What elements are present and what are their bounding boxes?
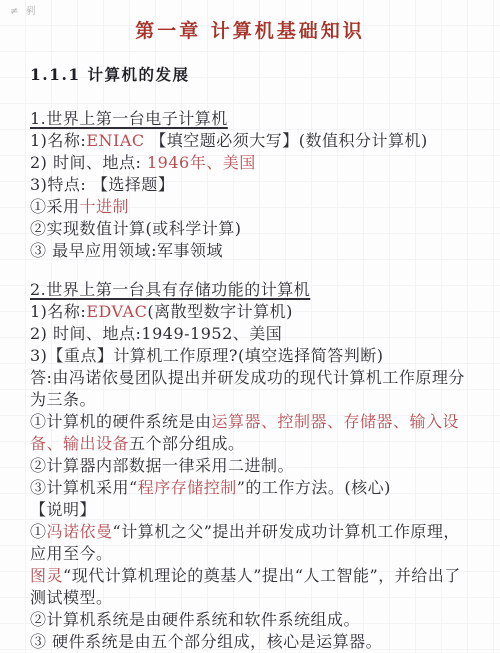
text-line: 答:由冯诺依曼团队提出并研发成功的现代计算机工作原理分为三条。: [30, 367, 470, 411]
text-segment: (离散型数字计算机): [147, 302, 293, 321]
text-line: ②实现数值计算(或科学计算): [30, 218, 470, 240]
text-segment: ②计算器内部数据一律采用二进制。: [30, 456, 294, 475]
document-body: 1.世界上第一台电子计算机1)名称:ENIAC 【填空题必须大写】(数值积分计算…: [30, 108, 470, 653]
text-line: ②计算器内部数据一律采用二进制。: [30, 455, 470, 477]
text-line: 3)特点: 【选择题】: [30, 174, 470, 196]
text-segment: ①: [30, 522, 47, 541]
text-segment: 五个部分组成。: [129, 434, 245, 453]
text-segment: 3)【重点】计算机工作原理?(填空选择简答判断): [30, 346, 384, 365]
text-line: 1)名称:ENIAC 【填空题必须大写】(数值积分计算机): [30, 130, 470, 152]
text-line: ③ 硬件系统是由五个部分组成，核心是运算器。: [30, 631, 470, 653]
highlight-segment: 1946年、美国: [147, 153, 256, 172]
text-segment: 2.世界上第一台具有存储功能的计算机: [30, 280, 310, 299]
text-line: ③ 最早应用领域:军事领域: [30, 240, 470, 262]
highlight-segment: 程序存储控制: [138, 478, 237, 497]
text-segment: ②计算机系统是由硬件系统和软件系统组成。: [30, 610, 360, 629]
text-line: ①采用十进制: [30, 196, 470, 218]
highlight-segment: 图灵: [30, 566, 63, 585]
highlight-segment: EDVAC: [86, 302, 147, 321]
text-line: 2) 时间、地点: 1946年、美国: [30, 152, 470, 174]
text-line: 1)名称:EDVAC(离散型数字计算机): [30, 301, 470, 323]
text-line: ③计算机采用“程序存储控制”的工作方法。(核心): [30, 477, 470, 499]
text-segment: 2) 时间、地点:1949-1952、美国: [30, 324, 282, 343]
text-segment: 【填空题必须大写】(数值积分计算机): [145, 131, 428, 150]
text-segment: ”的工作方法。(核心): [237, 478, 391, 497]
list-heading: 1.世界上第一台电子计算机: [30, 108, 470, 130]
text-segment: ①计算机的硬件系统是由: [30, 412, 212, 431]
highlight-segment: 冯诺依曼: [47, 522, 113, 541]
highlight-segment: 十进制: [80, 197, 130, 216]
section-heading: 1.1.1 计算机的发展: [30, 63, 470, 85]
text-segment: 3)特点: 【选择题】: [30, 175, 174, 194]
text-segment: 【说明】: [30, 500, 96, 519]
text-segment: ③ 最早应用领域:军事领域: [30, 241, 223, 260]
corner-marks: ≠ 剢: [10, 2, 38, 17]
text-segment: 1.世界上第一台电子计算机: [30, 109, 228, 128]
text-line: ①计算机的硬件系统是由运算器、控制器、存储器、输入设备、输出设备五个部分组成。: [30, 411, 470, 455]
text-segment: ②实现数值计算(或科学计算): [30, 219, 242, 238]
text-segment: 答:由冯诺依曼团队提出并研发成功的现代计算机工作原理分为三条。: [30, 368, 465, 409]
list-heading: 2.世界上第一台具有存储功能的计算机: [30, 279, 470, 301]
text-segment: ③ 硬件系统是由五个部分组成，核心是运算器。: [30, 632, 382, 651]
document-page: ≠ 剢 第一章 计算机基础知识 1.1.1 计算机的发展 1.世界上第一台电子计…: [0, 0, 500, 653]
text-line: ②计算机系统是由硬件系统和软件系统组成。: [30, 609, 470, 631]
chapter-title: 第一章 计算机基础知识: [30, 16, 470, 43]
highlight-segment: ENIAC: [86, 131, 144, 150]
text-segment: 1)名称:: [30, 302, 86, 321]
text-segment: ①采用: [30, 197, 80, 216]
text-line: 图灵“现代计算机理论的奠基人”提出“人工智能”，并给出了测试模型。: [30, 565, 470, 609]
text-segment: “现代计算机理论的奠基人”提出“人工智能”，并给出了测试模型。: [30, 566, 461, 607]
text-segment: 2) 时间、地点:: [30, 153, 147, 172]
text-line: 【说明】: [30, 499, 470, 521]
text-line: 3)【重点】计算机工作原理?(填空选择简答判断): [30, 345, 470, 367]
text-segment: ③计算机采用“: [30, 478, 138, 497]
text-segment: 1)名称:: [30, 131, 86, 150]
text-line: 2) 时间、地点:1949-1952、美国: [30, 323, 470, 345]
text-line: ①冯诺依曼“计算机之父”提出并研发成功计算机工作原理，应用至今。: [30, 521, 470, 565]
